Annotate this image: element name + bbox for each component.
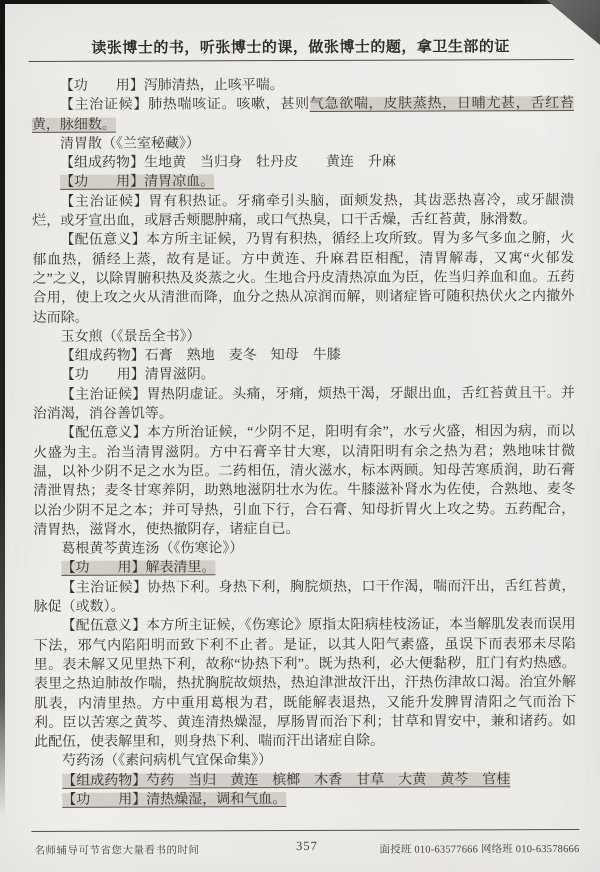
zhuzhi-yunvjian: 【主治证候】胃热阴虚证。头痛，牙痛，烦热干渴，牙龈出血，舌红苔黄且干。并治消渴，… xyxy=(33,384,575,424)
scanned-page: 读张博士的书，听张博士的课，做张博士的题，拿卫生部的证 【功 用】泻肺清热，止咳… xyxy=(0,0,600,872)
text-segment: 清胃散（《兰室秘藏》） xyxy=(60,136,200,151)
peiwu-qingweisan: 【配伍意义】本方所主证候，乃胃有积热，循经上攻所致。胃为多气多血之腑，火郁血热，… xyxy=(32,229,574,327)
text-segment: 【主治证候】协热下利。身热下利，胸脘烦热，口干作渴，喘而汗出，舌红苔黄，脉促（或… xyxy=(34,579,576,615)
text-segment: 芍药汤（《素问病机气宜保命集》） xyxy=(62,753,272,769)
text-segment: 【功 用】清胃滋阴。 xyxy=(61,368,215,384)
zhuzhi-gegentang: 【主治证候】协热下利。身热下利，胸脘烦热，口干作渴，喘而汗出，舌红苔黄，脉促（或… xyxy=(33,577,575,617)
footer-contact: 面授班 010-63577666 网络班 010-63578666 xyxy=(379,841,579,857)
scan-top-edge xyxy=(0,0,566,4)
content: 【功 用】泻肺清热，止咳平喘。【主治证候】肺热喘咳证。咳嗽，甚则气急欲喘，皮肤蒸… xyxy=(32,75,577,810)
text-segment: 【功 用】泻肺清热，止咳平喘。 xyxy=(60,78,284,94)
page-sheet: 读张博士的书，听张博士的课，做张博士的题，拿卫生部的证 【功 用】泻肺清热，止咳… xyxy=(0,0,600,872)
text-segment: 【组成药物】生地黄 当归身 牡丹皮 黄连 升麻 xyxy=(60,155,396,171)
gongyong-yunvjian: 【功 用】清胃滋阴。 xyxy=(33,364,575,385)
peiwu-gegentang: 【配伍意义】本方所主证候，《伤寒论》原指太阳病桂枝汤证，本当解肌发表而误用下法，… xyxy=(34,615,576,752)
footer: 名师辅导可节省您大量看书的时间 357 面授班 010-63577666 网络班… xyxy=(34,837,579,859)
highlighted-text: 【组成药物】芍药 当归 黄连 槟榔 木香 甘草 大黄 黄芩 官桂 xyxy=(62,772,510,789)
text-segment: 【主治证候】肺热喘咳证。咳嗽，甚则 xyxy=(60,97,310,113)
gongyong-qingweisan: 【功 用】清胃凉血。 xyxy=(32,172,574,193)
zhuzhi-feire: 【主治证候】肺热喘咳证。咳嗽，甚则气急欲喘，皮肤蒸热，日晡尤甚，舌红苔黄，脉细数… xyxy=(32,94,574,134)
zucheng-yunvjian: 【组成药物】石膏 熟地 麦冬 知母 牛膝 xyxy=(33,345,575,366)
zhuzhi-qingweisan: 【主治证候】胃有积热证。牙痛牵引头脑，面颊发热，其齿恶热喜冷，或牙龈溃烂，或牙宣… xyxy=(32,191,574,231)
gongyong-shaoyaotang: 【功 用】清热燥湿，调和气血。 xyxy=(34,789,576,810)
gongyong-gegentang: 【功 用】解表清里。 xyxy=(33,557,575,578)
footer-rule xyxy=(31,829,579,832)
zucheng-qingweisan: 【组成药物】生地黄 当归身 牡丹皮 黄连 升麻 xyxy=(32,152,574,173)
highlighted-text: 【功 用】解表清里。 xyxy=(61,561,215,577)
formula-title-gegentang: 葛根黄芩黄连汤（《伤寒论》） xyxy=(33,538,575,559)
header-rule xyxy=(29,59,574,62)
formula-title-shaoyaotang: 芍药汤（《素问病机气宜保命集》） xyxy=(34,750,576,771)
text-segment: 【主治证候】胃热阴虚证。头痛，牙痛，烦热干渴，牙龈出血，舌红苔黄且干。并治消渴，… xyxy=(33,386,575,422)
text-segment: 【组成药物】石膏 熟地 麦冬 知母 牛膝 xyxy=(61,348,341,364)
text-segment: 玉女煎（《景岳全书》） xyxy=(61,329,201,344)
highlighted-text: 【功 用】清热燥湿，调和气血。 xyxy=(62,792,286,808)
gongyong-xiefei: 【功 用】泻肺清热，止咳平喘。 xyxy=(32,75,574,96)
highlighted-text: 【功 用】清胃凉血。 xyxy=(60,175,214,191)
peiwu-yunvjian: 【配伍意义】本方所治证候，“少阴不足，阳明有余”，水亏火盛，相因为病，而以火盛为… xyxy=(33,422,575,540)
text-segment: 【配伍意义】本方所主证候，乃胃有积热，循经上攻所致。胃为多气多血之腑，火郁血热，… xyxy=(32,231,574,325)
scan-left-edge xyxy=(0,0,5,816)
text-segment: 【配伍意义】本方所治证候，“少阴不足，阳明有余”，水亏火盛，相因为病，而以火盛为… xyxy=(33,424,575,537)
text-segment: 葛根黄芩黄连汤（《伤寒论》） xyxy=(61,541,243,557)
header-slogan: 读张博士的书，听张博士的课，做张博士的题，拿卫生部的证 xyxy=(29,35,573,58)
zucheng-shaoyaotang: 【组成药物】芍药 当归 黄连 槟榔 木香 甘草 大黄 黄芩 官桂 xyxy=(34,770,576,791)
text-segment: 【主治证候】胃有积热证。牙痛牵引头脑，面颊发热，其齿恶热喜冷，或牙龈溃烂，或牙宣… xyxy=(32,193,574,229)
formula-title-yunvjian: 玉女煎（《景岳全书》） xyxy=(33,326,575,347)
formula-title-qingweisan: 清胃散（《兰室秘藏》） xyxy=(32,133,574,154)
text-segment: 【配伍意义】本方所主证候，《伤寒论》原指太阳病桂枝汤证，本当解肌发表而误用下法，… xyxy=(34,617,576,750)
